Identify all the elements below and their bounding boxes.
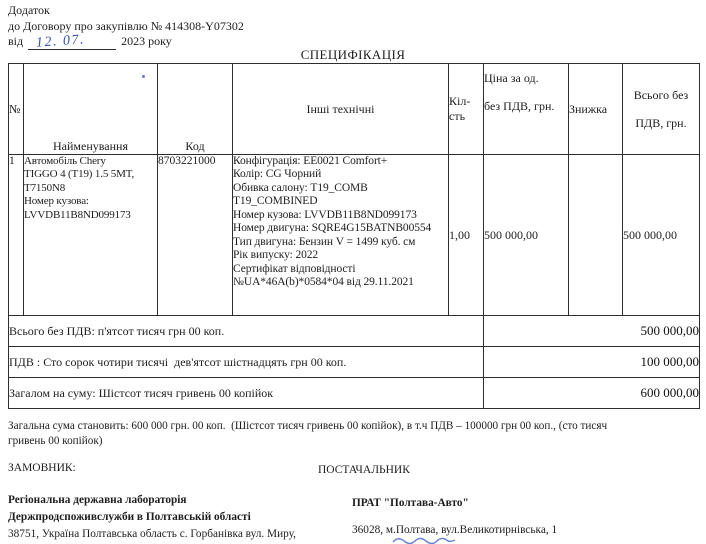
page-title: СПЕЦИФІКАЦІЯ <box>0 47 706 63</box>
item-technical: Конфігурація: EE0021 Comfort+ Колір: CG … <box>233 155 449 316</box>
item-code: 8703221000 <box>158 155 233 316</box>
col-header-total: Всього без ПДВ, грн. <box>623 64 700 155</box>
customer-address: 38751, Україна Полтавська область с. Гор… <box>8 526 350 543</box>
table-header-row: № Найменування Код Інші технічні Кіл- ст… <box>9 64 700 155</box>
col-header-code: Код <box>158 64 233 155</box>
customer-name-line2: Держпродспоживслужби в Полтавській облас… <box>8 509 350 526</box>
total-row-subtotal: Всього без ПДВ: п'ятсот тисяч грн 00 коп… <box>9 316 700 347</box>
supplier-details: ПРАТ "Полтава-Авто" 36028, м.Полтава, ву… <box>352 497 682 536</box>
document-page: Додаток до Договору про закупівлю № 4143… <box>0 0 706 544</box>
item-quantity: 1,00 <box>449 155 484 316</box>
customer-details: Регіональна державна лабораторія Держпро… <box>8 492 350 543</box>
col-header-number: № <box>9 64 24 155</box>
total-row-vat: ПДВ : Сто сорок чотири тисячі дев'ятсот … <box>9 347 700 378</box>
col-header-quantity: Кіл- сть <box>449 64 484 155</box>
subtotal-value: 500 000,00 <box>484 316 700 347</box>
item-number: 1 <box>9 155 24 316</box>
specification-table: № Найменування Код Інші технічні Кіл- ст… <box>8 63 700 409</box>
annex-header: Додаток до Договору про закупівлю № 4143… <box>8 3 244 50</box>
col-header-unit-price: Ціна за од. без ПДВ, грн. <box>484 64 569 155</box>
subtotal-label: Всього без ПДВ: п'ятсот тисяч грн 00 коп… <box>9 316 484 347</box>
item-discount <box>569 155 623 316</box>
item-row: 1 Автомобіль Chery TIGGO 4 (T19) 1.5 5MT… <box>9 155 700 316</box>
customer-name-line1: Регіональна державна лабораторія <box>8 492 350 509</box>
vat-label: ПДВ : Сто сорок чотири тисячі дев'ятсот … <box>9 347 484 378</box>
item-total: 500 000,00 <box>623 155 700 316</box>
grand-total-label: Загалом на суму: Шістсот тисяч гривень 0… <box>9 378 484 409</box>
annex-line-1: Додаток <box>8 3 244 19</box>
col-header-name: Найменування <box>24 64 158 155</box>
total-row-grand: Загалом на суму: Шістсот тисяч гривень 0… <box>9 378 700 409</box>
ink-mark <box>391 535 457 544</box>
item-unit-price: 500 000,00 <box>484 155 569 316</box>
col-header-discount: Знижка <box>569 64 623 155</box>
col-header-technical: Інші технічні <box>233 64 449 155</box>
supplier-name: ПРАТ "Полтава-Авто" <box>352 497 682 509</box>
vat-value: 100 000,00 <box>484 347 700 378</box>
item-name: Автомобіль Chery TIGGO 4 (T19) 1.5 5MT, … <box>24 155 158 316</box>
grand-total-value: 600 000,00 <box>484 378 700 409</box>
customer-label: ЗАМОВНИК: <box>8 462 76 474</box>
annex-line-2: до Договору про закупівлю № 414308-Y0730… <box>8 19 244 35</box>
supplier-label: ПОСТАЧАЛЬНИК <box>318 464 410 476</box>
total-amount-note: Загальна сума становить: 600 000 грн. 00… <box>8 419 704 448</box>
